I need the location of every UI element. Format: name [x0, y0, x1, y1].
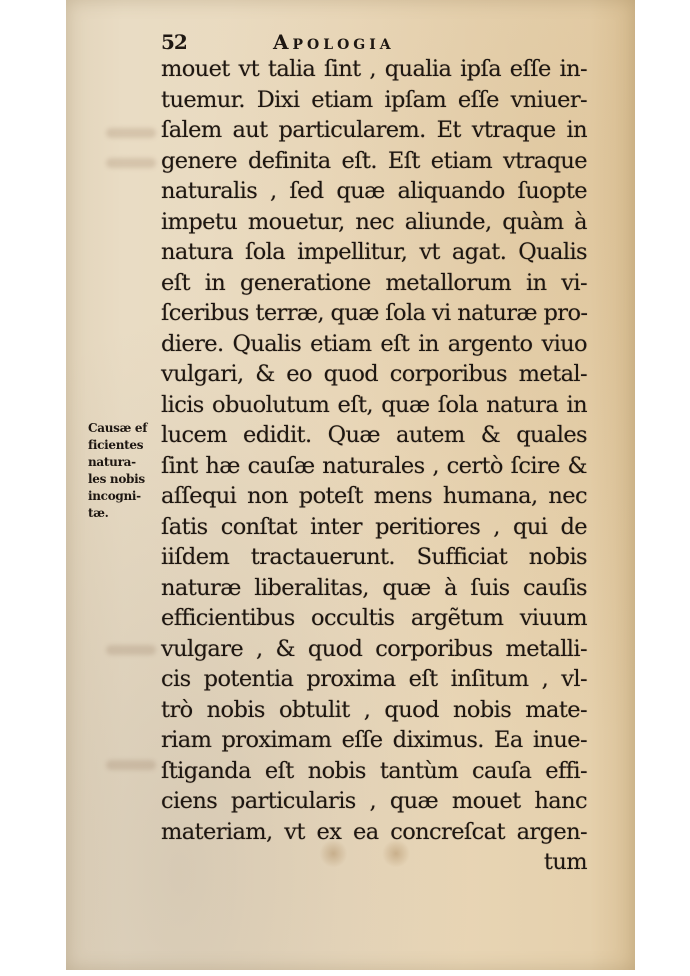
- text-line: vulgari, & eo quod corporibus metal-: [161, 359, 587, 390]
- text-line: ſatis conſtat inter peritiores , qui de: [161, 512, 587, 543]
- show-through-stain: [106, 158, 156, 168]
- marginal-line: incogni-: [88, 488, 168, 505]
- page-header: 52 Apologia: [161, 30, 621, 54]
- text-line: cis potentia proxima eſt inſitum , vl-: [161, 664, 587, 695]
- text-line: ſceribus terræ, quæ ſola vi naturæ pro-: [161, 298, 587, 329]
- marginal-line: natura-: [88, 454, 168, 471]
- text-line: diere. Qualis etiam eſt in argento viuo: [161, 329, 587, 360]
- catchword: tum: [161, 847, 587, 878]
- text-line: ſtiganda eſt nobis tantùm cauſa effi-: [161, 756, 587, 787]
- scan-canvas: 52 Apologia Causæ ef ficientes natura- l…: [0, 0, 690, 976]
- text-line: lucem edidit. Quæ autem & quales: [161, 420, 587, 451]
- text-line: natura ſola impellitur, vt agat. Qualis: [161, 237, 587, 268]
- running-title: Apologia: [273, 30, 395, 54]
- marginal-line: Causæ ef: [88, 420, 168, 437]
- text-line: mouet vt talia ſint , qualia ipſa eſſe i…: [161, 54, 587, 85]
- text-line: vulgare , & quod corporibus metalli-: [161, 634, 587, 665]
- text-line: trò nobis obtulit , quod nobis mate-: [161, 695, 587, 726]
- text-line: genere definita eſt. Eſt etiam vtraque: [161, 146, 587, 177]
- text-line: eſt in generatione metallorum in vi-: [161, 268, 587, 299]
- show-through-stain: [106, 760, 156, 770]
- marginal-line: ficientes: [88, 437, 168, 454]
- text-line: ſalem aut particularem. Et vtraque in: [161, 115, 587, 146]
- text-line: ciens particularis , quæ mouet hanc: [161, 786, 587, 817]
- book-page: 52 Apologia Causæ ef ficientes natura- l…: [66, 0, 635, 970]
- text-line: materiam, vt ex ea concreſcat argen-: [161, 817, 587, 848]
- text-line: impetu mouetur, nec aliunde, quàm à: [161, 207, 587, 238]
- show-through-stain: [106, 645, 156, 655]
- text-line: naturæ liberalitas, quæ à ſuis cauſis: [161, 573, 587, 604]
- text-line: aſſequi non poteſt mens humana, nec: [161, 481, 587, 512]
- text-line: efficientibus occultis argẽtum viuum: [161, 603, 587, 634]
- show-through-stain: [106, 128, 156, 138]
- text-line: iiſdem tractauerunt. Sufficiat nobis: [161, 542, 587, 573]
- text-line: naturalis , ſed quæ aliquando ſuopte: [161, 176, 587, 207]
- marginal-line: les nobis: [88, 471, 168, 488]
- marginal-note: Causæ ef ficientes natura- les nobis inc…: [88, 420, 168, 522]
- page-number: 52: [161, 30, 187, 54]
- text-line: licis obuolutum eſt, quæ ſola natura in: [161, 390, 587, 421]
- text-line: riam proximam eſſe diximus. Ea inue-: [161, 725, 587, 756]
- text-line: ſint hæ cauſæ naturales , certò ſcire &: [161, 451, 587, 482]
- marginal-line: tæ.: [88, 505, 168, 522]
- text-line: tuemur. Dixi etiam ipſam eſſe vniuer-: [161, 85, 587, 116]
- main-text-block: mouet vt talia ſint , qualia ipſa eſſe i…: [161, 54, 587, 878]
